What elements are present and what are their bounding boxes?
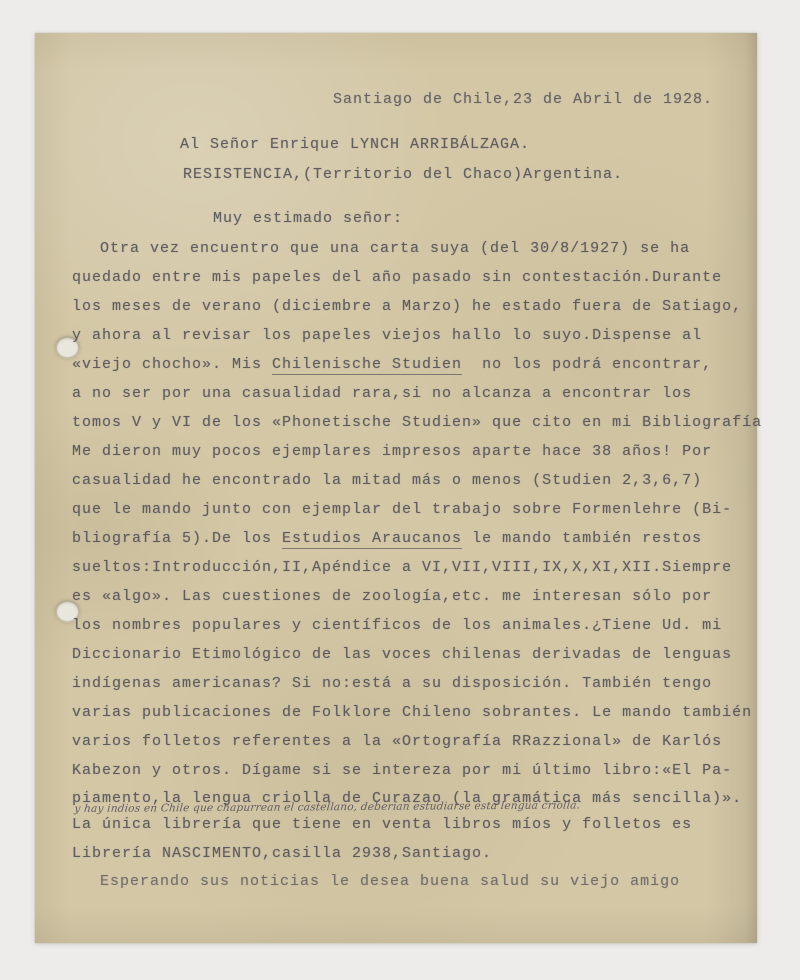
underlined-title: Chilenische Studien bbox=[272, 356, 462, 375]
handwritten-annotation: y hay indios en Chile que chapurrean el … bbox=[74, 799, 581, 815]
recipient-line: Al Señor Enrique LYNCH ARRIBÁLZAGA. bbox=[180, 137, 530, 152]
letter-line: casualidad he encontrado la mitad más o … bbox=[72, 473, 702, 488]
letter-line: «viejo chocho». Mis Chilenische Studien … bbox=[72, 357, 712, 372]
address-line: RESISTENCIA,(Territorio del Chaco)Argent… bbox=[183, 167, 623, 182]
letter-line: tomos V y VI de los «Phonetische Studien… bbox=[72, 415, 762, 430]
letter-line: que le mando junto con ejemplar del trab… bbox=[72, 502, 732, 517]
letter-line: bliografía 5).De los Estudios Araucanos … bbox=[72, 531, 702, 546]
letter-line: los meses de verano (diciembre a Marzo) … bbox=[72, 299, 742, 314]
closing-line: Esperando sus noticias le desea buena sa… bbox=[100, 874, 680, 889]
salutation-line: Muy estimado señor: bbox=[213, 211, 403, 226]
letter-line: a no ser por una casualidad rara,si no a… bbox=[72, 386, 692, 401]
letter-line: y ahora al revisar los papeles viejos ha… bbox=[72, 328, 702, 343]
letter-line: Kabezon y otros. Dígame si se intereza p… bbox=[72, 763, 732, 778]
letter-line: los nombres populares y científicos de l… bbox=[72, 618, 722, 633]
letter-line: quedado entre mis papeles del año pasado… bbox=[72, 270, 722, 285]
date-line: Santiago de Chile,23 de Abril de 1928. bbox=[333, 92, 713, 107]
letter-line: sueltos:Introducción,II,Apéndice a VI,VI… bbox=[72, 560, 732, 575]
letter-line: Librería NASCIMENTO,casilla 2938,Santiag… bbox=[72, 846, 492, 861]
scan-background: Santiago de Chile,23 de Abril de 1928.Al… bbox=[0, 0, 800, 980]
letter-line: es «algo». Las cuestiones de zoología,et… bbox=[72, 589, 712, 604]
letter-line: Otra vez encuentro que una carta suya (d… bbox=[100, 241, 690, 256]
letter-line: Diccionario Etimológico de las voces chi… bbox=[72, 647, 732, 662]
letter-text-layer: Santiago de Chile,23 de Abril de 1928.Al… bbox=[35, 33, 757, 943]
letter-page: Santiago de Chile,23 de Abril de 1928.Al… bbox=[35, 33, 757, 943]
letter-line: Me dieron muy pocos ejemplares impresos … bbox=[72, 444, 712, 459]
letter-line: La única librería que tiene en venta lib… bbox=[72, 817, 692, 832]
underlined-title: Estudios Araucanos bbox=[282, 530, 462, 549]
letter-line: varios folletos referentes a la «Ortogra… bbox=[72, 734, 722, 749]
letter-line: indígenas americanas? Si no:está a su di… bbox=[72, 676, 712, 691]
letter-line: varias publicaciones de Folklore Chileno… bbox=[72, 705, 752, 720]
